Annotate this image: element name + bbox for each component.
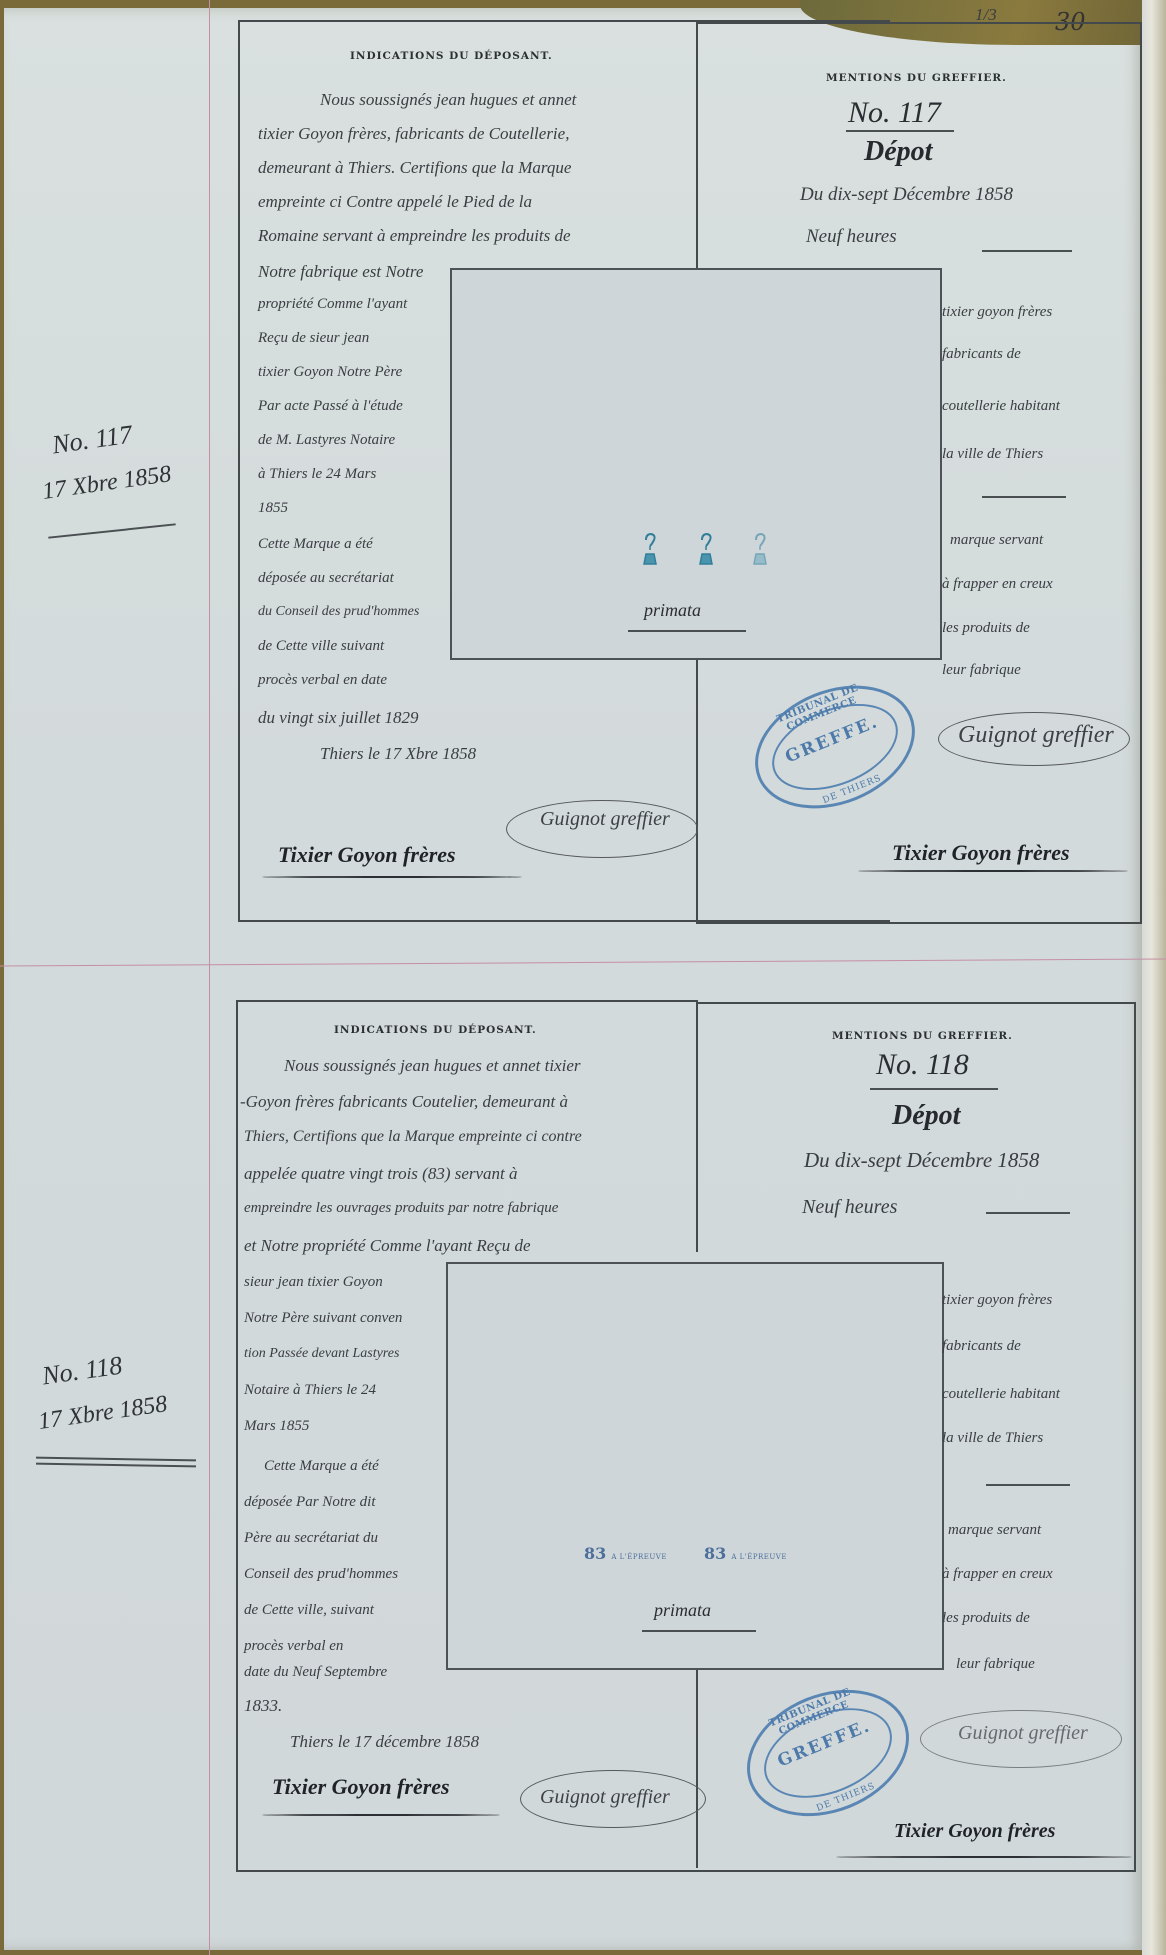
notes-rule	[982, 496, 1066, 498]
deposit-time: Neuf heures	[802, 1196, 897, 1219]
margin-line-vertical	[209, 0, 210, 1955]
registration-underline	[870, 1088, 998, 1090]
tassel-mark-icon	[698, 532, 714, 566]
column-divider	[696, 640, 698, 920]
column-divider	[696, 1660, 698, 1868]
depot-label: Dépot	[892, 1100, 960, 1132]
depositor-heading: INDICATIONS DU DÉPOSANT.	[334, 1024, 537, 1036]
sample-label: primata	[654, 1600, 711, 1621]
depositor-signature: Tixier Goyon frères	[272, 1774, 450, 1800]
column-divider	[696, 1002, 698, 1252]
tassel-mark-icon	[642, 532, 658, 566]
depositor-signature-right: Tixier Goyon frères	[894, 1820, 1055, 1843]
notes-rule	[986, 1484, 1070, 1486]
printed-mark: 83 A L'ÉPREUVE	[584, 1544, 667, 1563]
sample-label-underline	[642, 1630, 756, 1632]
clerk-heading: MENTIONS DU GREFFIER.	[832, 1030, 1013, 1042]
depositor-signature-right: Tixier Goyon frères	[892, 840, 1070, 866]
page-edge	[1142, 0, 1166, 1955]
time-rule	[986, 1212, 1070, 1214]
clerk-signature: Guignot greffier	[958, 722, 1114, 749]
registration-underline	[846, 130, 954, 132]
deposit-time: Neuf heures	[806, 226, 897, 248]
signature-underline	[262, 1814, 500, 1816]
deposit-date: Du dix-sept Décembre 1858	[804, 1148, 1039, 1173]
depositor-heading: INDICATIONS DU DÉPOSANT.	[350, 50, 553, 62]
clerk-heading: MENTIONS DU GREFFIER.	[826, 72, 1007, 84]
signature-underline	[836, 1856, 1132, 1858]
trademark-sample-box: primata	[450, 268, 942, 660]
sample-label-underline	[628, 630, 746, 632]
clerk-signature: Guignot greffier	[958, 1722, 1088, 1745]
column-divider	[696, 22, 698, 270]
clerk-signature-left: Guignot greffier	[540, 808, 670, 831]
signature-underline	[262, 876, 522, 878]
signature-underline	[858, 870, 1128, 872]
clerk-signature-left: Guignot greffier	[540, 1786, 670, 1809]
trademark-sample-box: 83 A L'ÉPREUVE 83 A L'ÉPREUVE primata	[446, 1262, 944, 1670]
depositor-signature: Tixier Goyon frères	[278, 842, 456, 868]
deposit-date: Du dix-sept Décembre 1858	[800, 184, 1013, 206]
registration-number: No. 117	[848, 96, 941, 130]
time-rule	[982, 250, 1072, 252]
registration-number: No. 118	[876, 1048, 969, 1082]
depot-label: Dépot	[864, 136, 932, 168]
sample-label: primata	[644, 600, 701, 621]
printed-mark: 83 A L'ÉPREUVE	[704, 1544, 787, 1563]
tassel-mark-icon	[752, 532, 768, 566]
